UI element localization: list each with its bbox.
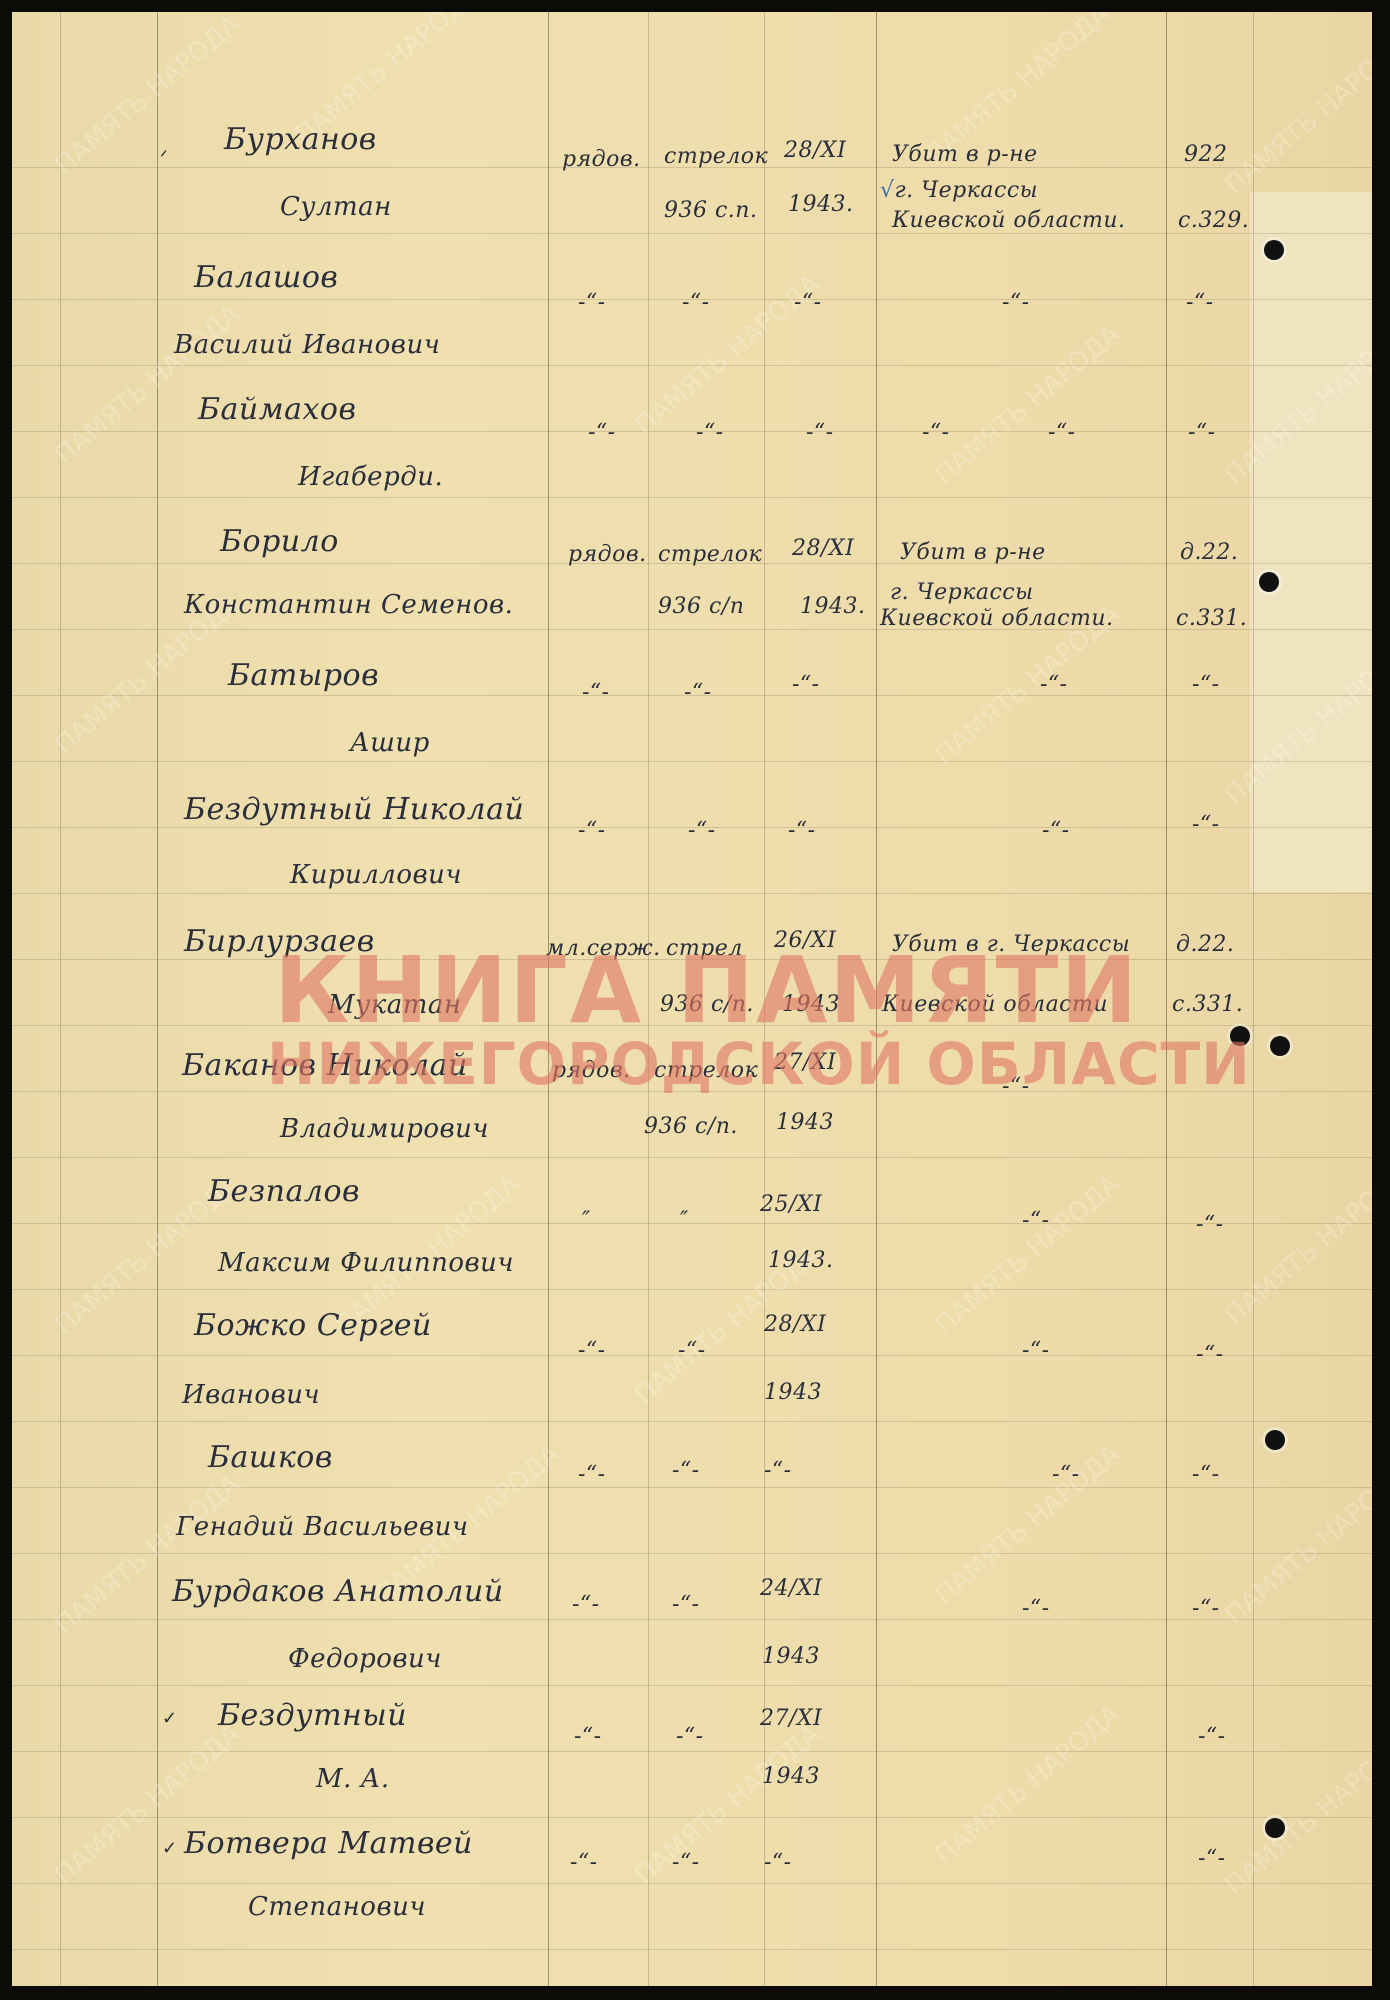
entry-year: 1943. [800, 594, 865, 619]
entry-unit: 936 с/п. [644, 1114, 738, 1139]
entry-given-name: Султан [280, 192, 392, 222]
column-line-edge [1253, 12, 1254, 1986]
document-page: ПАМЯТЬ НАРОДА ПАМЯТЬ НАРОДА ПАМЯТЬ НАРОД… [12, 12, 1372, 1986]
entry-rank: -“- [588, 420, 616, 445]
entry-ref: -“- [1196, 1342, 1224, 1367]
torn-paper-edge [1250, 192, 1372, 892]
entry-role: -“- [696, 420, 724, 445]
entry-fate: -“- [1022, 1338, 1050, 1363]
entry-date: 25/XI [760, 1192, 822, 1217]
entry-ref: -“- [1192, 672, 1220, 697]
entry-rank: -“- [578, 818, 606, 843]
entry-role: -“- [678, 1338, 706, 1363]
ruled-line [12, 431, 1372, 432]
entry-fate-place: г. Черкассы [895, 178, 1039, 203]
entry-role: -“- [688, 818, 716, 843]
watermark-subtitle: НИЖЕГОРОДСКОЙ ОБЛАСТИ [267, 1030, 1251, 1098]
entry-given-name: Константин Семенов. [184, 590, 513, 620]
entry-fate: -“- [922, 420, 950, 445]
entry-ref: -“- [1196, 1212, 1224, 1237]
entry-surname: Башков [208, 1440, 333, 1475]
entry-year: 1943 [776, 1110, 834, 1135]
entry-role: стрелок [658, 542, 762, 567]
entry-given-name: Степанович [248, 1892, 426, 1922]
watermark-small: ПАМЯТЬ НАРОДА [1221, 31, 1372, 200]
entry-given-name: Владимирович [280, 1114, 489, 1144]
column-line-ref [1166, 12, 1167, 1986]
entry-date: -“- [764, 1850, 792, 1875]
watermark-small: ПАМЯТЬ НАРОДА [51, 1721, 245, 1890]
entry-ref: -“- [1198, 1724, 1226, 1749]
punch-hole [1265, 1818, 1285, 1838]
punch-hole [1259, 572, 1279, 592]
entry-surname: Балашов [194, 260, 338, 295]
entry-given-name: Иванович [182, 1380, 320, 1410]
ruled-line [12, 1289, 1372, 1290]
entry-rank: ″ [582, 1208, 591, 1233]
ruled-line [12, 1553, 1372, 1554]
entry-given-name: Игаберди. [298, 462, 443, 492]
entry-rank: -“- [572, 1592, 600, 1617]
entry-fate-region: Киевской области. [880, 606, 1114, 631]
entry-role: -“- [672, 1458, 700, 1483]
entry-surname: Баймахов [198, 392, 356, 427]
entry-ref: -“- [1192, 812, 1220, 837]
entry-surname: Безпалов [208, 1174, 360, 1209]
entry-surname: Бездутный Николай [184, 792, 524, 827]
ruled-line [12, 1157, 1372, 1158]
entry-rank: -“- [570, 1850, 598, 1875]
entry-ref: -“- [1186, 290, 1214, 315]
entry-role: -“- [672, 1592, 700, 1617]
watermark-title: КНИГА ПАМЯТИ [274, 937, 1139, 1044]
entry-rank: -“- [582, 680, 610, 705]
entry-surname: Бурханов [224, 122, 377, 157]
entry-ref: -“- [1188, 420, 1216, 445]
entry-given-name: Василий Иванович [174, 330, 440, 360]
entry-role: -“- [672, 1850, 700, 1875]
entry-ref: д.22. [1180, 540, 1238, 565]
entry-ref-page: с.331. [1176, 606, 1247, 631]
entry-given-name: Максим Филиппович [218, 1248, 514, 1278]
watermark-small: ПАМЯТЬ НАРОДА [51, 301, 245, 470]
watermark-small: ПАМЯТЬ НАРОДА [1221, 1161, 1372, 1330]
entry-given-name: Кириллович [290, 860, 462, 890]
entry-fate-region: Киевской области. [892, 208, 1126, 233]
check-mark-icon: √ [880, 178, 895, 203]
entry-date: -“- [806, 420, 834, 445]
ruled-line [12, 497, 1372, 498]
entry-date: -“- [788, 818, 816, 843]
entry-fate: Убит в р-не [892, 142, 1038, 167]
watermark-small: ПАМЯТЬ НАРОДА [931, 1171, 1125, 1340]
entry-rank: -“- [578, 1338, 606, 1363]
entry-year: 1943 [764, 1380, 822, 1405]
entry-ref: -“- [1192, 1596, 1220, 1621]
entry-surname: Батыров [228, 658, 379, 693]
entry-role: -“- [682, 290, 710, 315]
entry-surname: Бурдаков Анатолий [172, 1574, 504, 1609]
ruled-line [12, 233, 1372, 234]
ruled-line [12, 1421, 1372, 1422]
entry-unit: 936 с.п. [664, 198, 757, 223]
punch-hole [1270, 1036, 1290, 1056]
entry-fate-2: -“- [1048, 420, 1076, 445]
punch-hole [1264, 240, 1284, 260]
entry-date: -“- [792, 672, 820, 697]
entry-ref: д.22. [1176, 932, 1234, 957]
entry-fate: -“- [1002, 290, 1030, 315]
entry-rank: -“- [578, 1462, 606, 1487]
entry-role: стрелок [664, 144, 768, 169]
entry-rank: -“- [578, 290, 606, 315]
entry-role: -“- [676, 1724, 704, 1749]
entry-date: -“- [794, 290, 822, 315]
ruled-line [12, 1949, 1372, 1950]
entry-year: 1943. [768, 1248, 833, 1273]
entry-fate-place: г. Черкассы [890, 580, 1034, 605]
entry-surname: Бездутный [218, 1698, 407, 1733]
entry-ref: -“- [1198, 1846, 1226, 1871]
entry-surname: Борило [220, 524, 339, 559]
entry-date: 28/XI [792, 536, 854, 561]
entry-ref: -“- [1192, 1462, 1220, 1487]
entry-surname: Божко Сергей [194, 1308, 432, 1343]
entry-rank: -“- [574, 1724, 602, 1749]
entry-fate: -“- [1022, 1596, 1050, 1621]
ruled-line [12, 1883, 1372, 1884]
entry-date: 28/XI [784, 138, 846, 163]
watermark-small: ПАМЯТЬ НАРОДА [931, 1441, 1125, 1610]
entry-given-name: Генадий Васильевич [176, 1512, 469, 1542]
column-line-name [157, 12, 158, 1986]
entry-ref-page: с.329. [1178, 208, 1249, 233]
ruled-line [12, 761, 1372, 762]
entry-year: 1943 [762, 1644, 820, 1669]
ruled-line [12, 1685, 1372, 1686]
watermark-small: ПАМЯТЬ НАРОДА [631, 1721, 825, 1890]
watermark-small: ПАМЯТЬ НАРОДА [931, 321, 1125, 490]
entry-fate: -“- [1052, 1462, 1080, 1487]
watermark-small: ПАМЯТЬ НАРОДА [51, 1471, 245, 1640]
entry-fate: Убит в р-не [900, 540, 1046, 565]
watermark-small: ПАМЯТЬ НАРОДА [51, 12, 245, 179]
entry-ref-page: с.331. [1172, 992, 1243, 1017]
entry-rank: рядов. [562, 147, 641, 172]
watermark-small: ПАМЯТЬ НАРОДА [931, 1701, 1125, 1870]
watermark-small: ПАМЯТЬ НАРОДА [1221, 1731, 1372, 1900]
entry-date: 27/XI [760, 1706, 822, 1731]
ruled-line [12, 1619, 1372, 1620]
punch-hole [1265, 1430, 1285, 1450]
ruled-line [12, 893, 1372, 894]
entry-year: 1943 [762, 1764, 820, 1789]
ruled-line [12, 1223, 1372, 1224]
entry-fate: -“- [1022, 1208, 1050, 1233]
margin-line [60, 12, 61, 1986]
watermark-small: ПАМЯТЬ НАРОДА [1221, 1461, 1372, 1630]
entry-given-name: Ашир [350, 728, 430, 758]
entry-given-name: М. А. [316, 1764, 390, 1794]
entry-date: 24/XI [760, 1576, 822, 1601]
entry-year: 1943. [788, 192, 853, 217]
entry-date: -“- [764, 1458, 792, 1483]
entry-unit: 936 с/п [658, 594, 744, 619]
entry-date: 28/XI [764, 1312, 826, 1337]
entry-role: ″ [680, 1208, 689, 1233]
entry-role: -“- [684, 680, 712, 705]
entry-fate: -“- [1042, 818, 1070, 843]
entry-fate: -“- [1040, 672, 1068, 697]
entry-surname: Ботвера Матвей [184, 1826, 473, 1861]
entry-given-name: Федорович [288, 1644, 442, 1674]
entry-ref: 922 [1184, 142, 1228, 167]
entry-rank: рядов. [568, 542, 647, 567]
